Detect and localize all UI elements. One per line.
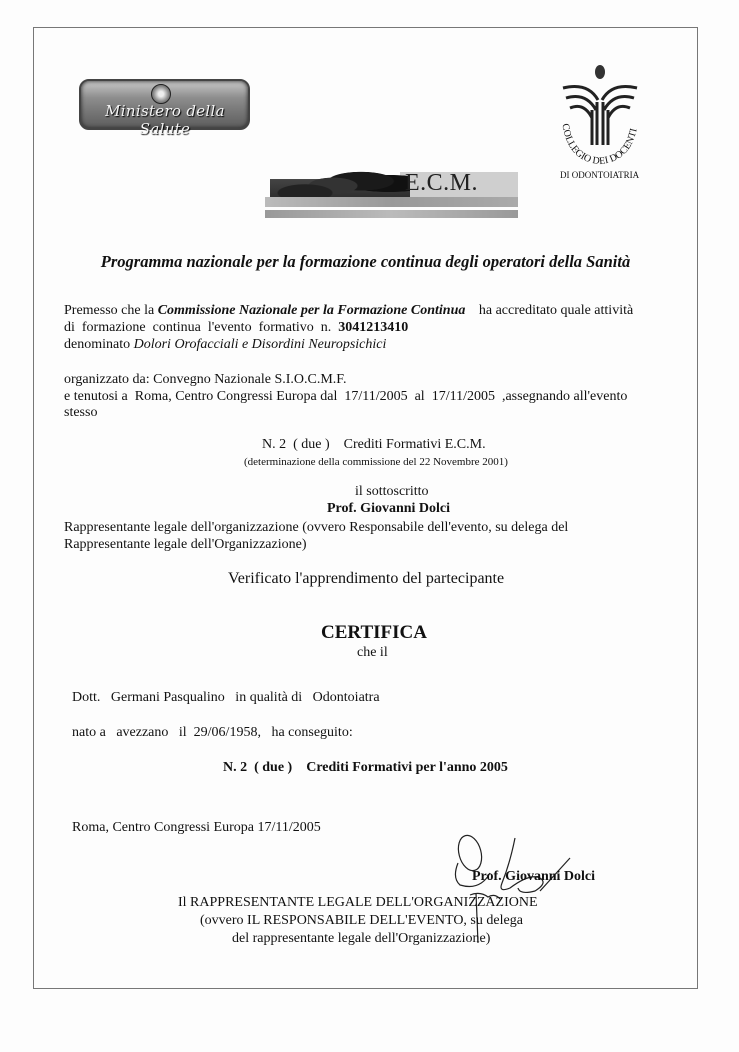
premise-line-3: denominato Dolori Orofacciali e Disordin… xyxy=(64,337,386,353)
premise-line-1: Premesso che la Commissione Nazionale pe… xyxy=(64,303,633,319)
participant-name-line: Dott. Germani Pasqualino in qualità di O… xyxy=(72,690,380,706)
participant-birth-line: nato a avezzano il 29/06/1958, ha conseg… xyxy=(72,725,353,741)
legal-rep-line-1: Il RAPPRESENTANTE LEGALE DELL'ORGANIZZAZ… xyxy=(178,895,538,911)
italian-emblem-icon xyxy=(151,84,171,104)
legal-rep-line-2: (ovvero IL RESPONSABILE DELL'EVENTO, su … xyxy=(200,913,523,929)
verification-statement: Verificato l'apprendimento del partecipa… xyxy=(228,570,504,588)
collegio-docenti-logo: COLLEGIO DEI DOCENTI DI ODONTOIATRIA xyxy=(548,60,658,180)
participant-credits: N. 2 ( due ) Crediti Formativi per l'ann… xyxy=(223,760,508,776)
commission-name: Commissione Nazionale per la Formazione … xyxy=(158,303,466,318)
legal-rep-line-3: del rappresentante legale dell'Organizza… xyxy=(232,931,490,947)
ministero-della-salute-logo: Ministero della Salute xyxy=(79,79,250,130)
ministero-logo-text: Ministero della Salute xyxy=(89,102,241,138)
signatory-name: Prof. Giovanni Dolci xyxy=(327,501,450,517)
collegio-tree-icon: COLLEGIO DEI DOCENTI xyxy=(548,60,658,170)
certifica-sub: che il xyxy=(357,645,388,661)
ecm-logo-text: E.C.M. xyxy=(405,170,478,197)
credits-assigned: N. 2 ( due ) Crediti Formativi E.C.M. xyxy=(262,437,486,453)
collegio-sub-text: DI ODONTOIATRIA xyxy=(560,170,639,180)
event-number: 3041213410 xyxy=(338,320,408,335)
signatory-intro: il sottoscritto xyxy=(355,484,429,500)
place-and-date: Roma, Centro Congressi Europa 17/11/2005 xyxy=(72,820,321,836)
certifica-heading: CERTIFICA xyxy=(321,622,427,644)
organizer-line: organizzato da: Convegno Nazionale S.I.O… xyxy=(64,372,346,388)
event-name: Dolori Orofacciali e Disordini Neuropsic… xyxy=(134,337,387,352)
svg-text:COLLEGIO DEI DOCENTI: COLLEGIO DEI DOCENTI xyxy=(559,123,639,167)
ecm-logo: E.C.M. xyxy=(265,160,518,220)
credits-determination-note: (determinazione della commissione del 22… xyxy=(244,456,508,468)
signatory-role-line-2: Rappresentante legale dell'Organizzazion… xyxy=(64,537,306,553)
signatory-role-line-1: Rappresentante legale dell'organizzazion… xyxy=(64,520,568,536)
venue-dates-line: e tenutosi a Roma, Centro Congressi Euro… xyxy=(64,389,627,405)
signature-name: Prof. Giovanni Dolci xyxy=(472,869,595,885)
premise-line-2: di formazione continua l'evento formativ… xyxy=(64,320,408,336)
venue-dates-line-cont: stesso xyxy=(64,405,97,421)
program-title: Programma nazionale per la formazione co… xyxy=(33,252,698,272)
